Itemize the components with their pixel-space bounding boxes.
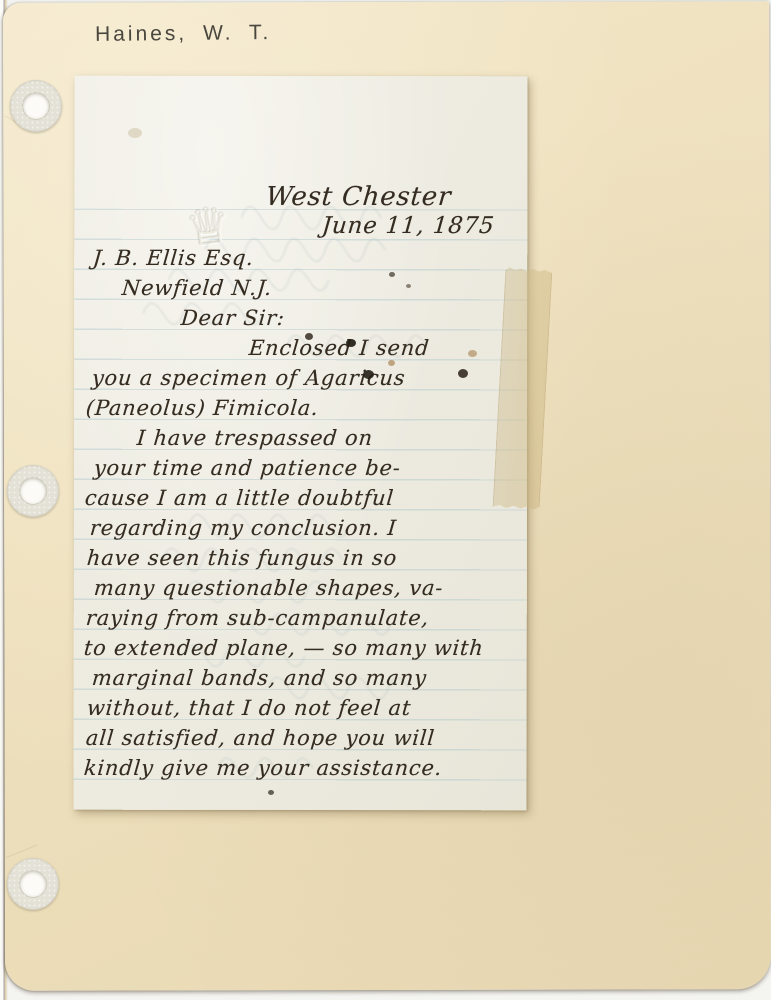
letter-line: regarding my conclusion. I	[89, 516, 398, 540]
letter-place: West Chester	[265, 182, 453, 212]
binder-hole-middle	[7, 465, 59, 517]
letter-line: raying from sub-campanulate,	[85, 606, 430, 630]
letter-line: cause I am a little doubtful	[84, 486, 395, 510]
letter-line: you a specimen of Agaricus	[91, 366, 407, 390]
ink-blot	[458, 369, 468, 378]
letter-line: marginal bands, and so many	[91, 666, 428, 690]
ink-blot	[305, 333, 313, 340]
letter-line: have seen this fungus in so	[86, 546, 398, 570]
ink-blot	[363, 370, 374, 379]
letter-line: your time and patience be-	[93, 456, 402, 480]
binder-hole-punch	[23, 93, 49, 119]
binder-hole-punch	[20, 871, 46, 897]
smudge	[128, 128, 142, 138]
letter-line: Enclosed I send	[248, 336, 431, 360]
letter-line: without, that I do not feel at	[86, 696, 412, 720]
letter-line: kindly give me your assistance.	[83, 756, 443, 780]
ink-speck	[389, 272, 395, 277]
letter-date: June 11, 1875	[321, 213, 496, 239]
page-crease	[6, 844, 38, 858]
letter-line: I have trespassed on	[136, 426, 374, 450]
binder-hole-bottom	[7, 858, 59, 910]
collector-annotation: Haines, W. T.	[95, 21, 272, 47]
letter-recipient-name: J. B. Ellis Esq.	[92, 246, 255, 270]
ink-speck	[268, 790, 274, 795]
letter-line: many questionable shapes, va-	[93, 576, 444, 600]
letter-line: (Paneolus) Fimicola.	[85, 396, 320, 420]
binder-hole-top	[10, 80, 62, 132]
ink-blot	[346, 339, 356, 347]
letter-line: all satisfied, and hope you will	[85, 726, 436, 750]
letter-salutation: Dear Sir:	[180, 306, 286, 330]
binder-hole-punch	[20, 478, 46, 504]
ink-speck	[406, 284, 411, 288]
letter-recipient-address: Newfield N.J.	[121, 276, 273, 300]
foxing-spot	[388, 360, 395, 366]
scanned-document: Haines, W. T. ♕	[0, 0, 771, 1000]
foxing-spot	[468, 350, 477, 357]
letter-line: to extended plane, — so many with	[83, 636, 485, 660]
